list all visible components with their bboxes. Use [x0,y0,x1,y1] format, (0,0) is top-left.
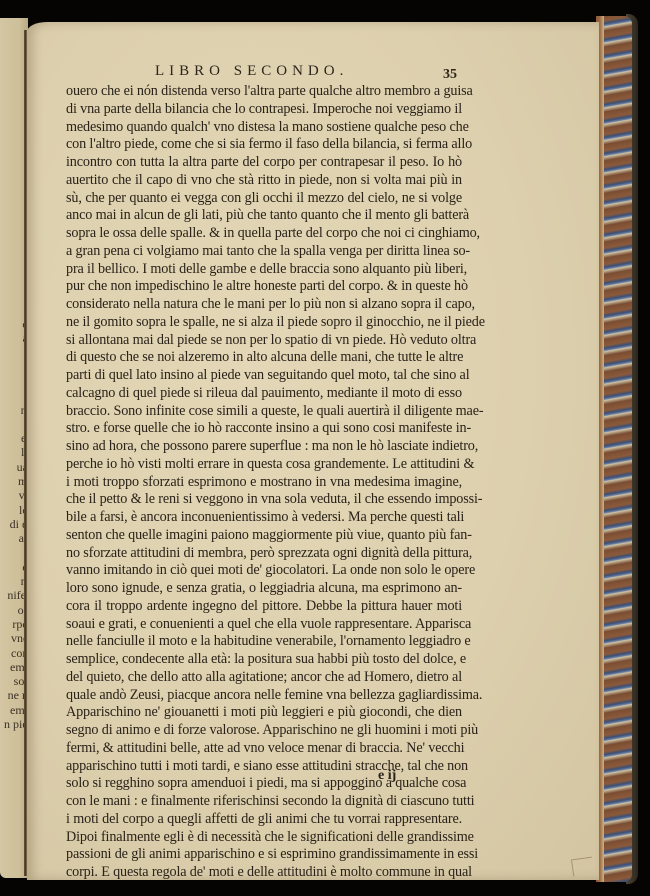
text-line: con le mani : e finalmente riferischinsi… [66,793,462,811]
running-head: LIBRO SECONDO. [155,63,348,80]
text-line: sù, che per quanto ei vegga con gli occh… [66,190,462,208]
text-line: segno di animo e di forze valorose. Appa… [66,722,462,740]
text-line: sopra le ossa delle spalle. & in quella … [66,225,462,243]
text-line: considerato nella natura che le mani per… [66,296,462,314]
text-line: nelle fanciulle il moto e la habitudine … [66,633,462,651]
text-line: passioni de gli animi apparischino e si … [66,846,462,864]
text-line: i moti troppo sforzati esprimono e mostr… [66,474,462,492]
text-line: incontro con tutta la altra parte del co… [66,154,462,172]
text-line: calcagno di quel piede si rileua dal pau… [66,385,462,403]
text-line: bile a farsi, è ancora inconuenientissim… [66,509,462,527]
text-line: medesimo quando qualch' vno distesa la m… [66,119,462,137]
text-line: che il petto & le reni si veggono in vna… [66,491,462,509]
text-line: Apparischino ne' giouanetti i moti più l… [66,704,462,722]
text-line: stro. e forse quelle che io hò racconte … [66,420,462,438]
signature-mark: e ij [378,768,396,784]
text-line: no sforzate attitudini di membra, però s… [66,545,462,563]
text-line: quale andò Zeusi, piacque ancora nelle f… [66,687,462,705]
text-line: ne il gomito sopra le spalle, ne si alza… [66,314,462,332]
text-line: braccio. Sono infinite cose simili a que… [66,403,462,421]
text-line: auertito che il capo di vno che stà ritt… [66,172,462,190]
page-body-text: ouero che ei nón distenda verso l'altra … [66,83,462,882]
text-line: Dipoi finalmente egli è di necessità che… [66,829,462,847]
text-line: apparischino tutti i moti tardi, e siano… [66,758,462,776]
text-line: sino ad hora, che possono parere superfl… [66,438,462,456]
text-line: i moti del corpo a quegli affetti de gli… [66,811,462,829]
text-line: fermi, & attitudini belle, atte ad vno v… [66,740,462,758]
text-line: parti di quel lato insino al piede van s… [66,367,462,385]
text-line: solo si regghino sopra amenduoi i piedi,… [66,775,462,793]
marbled-fore-edge [596,16,632,882]
text-line: pur che non impedischino le altre honest… [66,278,462,296]
text-line: soaui e grati, e conuenienti a quel che … [66,616,462,634]
text-line: perche io hò visti molti errare in quest… [66,456,462,474]
text-line: si allontana mai dal piede se non per lo… [66,332,462,350]
text-line: semplice, condecente alla età: la positu… [66,651,462,669]
text-line: corpi. E questa regola de' moti e delle … [66,864,462,882]
text-line: loro sono ignude, e senza gratia, o legg… [66,580,462,598]
text-line: cora il troppo ardente ingegno del pitto… [66,598,462,616]
text-line: di vna parte della bilancia che lo contr… [66,101,462,119]
page-number: 35 [443,67,457,83]
text-line: pra il bellico. I moti delle gambe e del… [66,261,462,279]
text-line: vanno imitando in ciò quei moti de' gioc… [66,562,462,580]
text-line: senton che quelle imagini paiono maggior… [66,527,462,545]
text-line: a gran pena ci volgiamo mai tanto che la… [66,243,462,261]
text-line: di questo che se noi alzeremo in alto al… [66,349,462,367]
page-corner-mark [571,857,594,877]
text-line: con l'altro piede, come che si sia fermo… [66,136,462,154]
text-line: anco mai in alcun de gli lati, più che t… [66,207,462,225]
text-line: del quieto, che dello atto alla agitatio… [66,669,462,687]
text-line: ouero che ei nón distenda verso l'altra … [66,83,462,101]
